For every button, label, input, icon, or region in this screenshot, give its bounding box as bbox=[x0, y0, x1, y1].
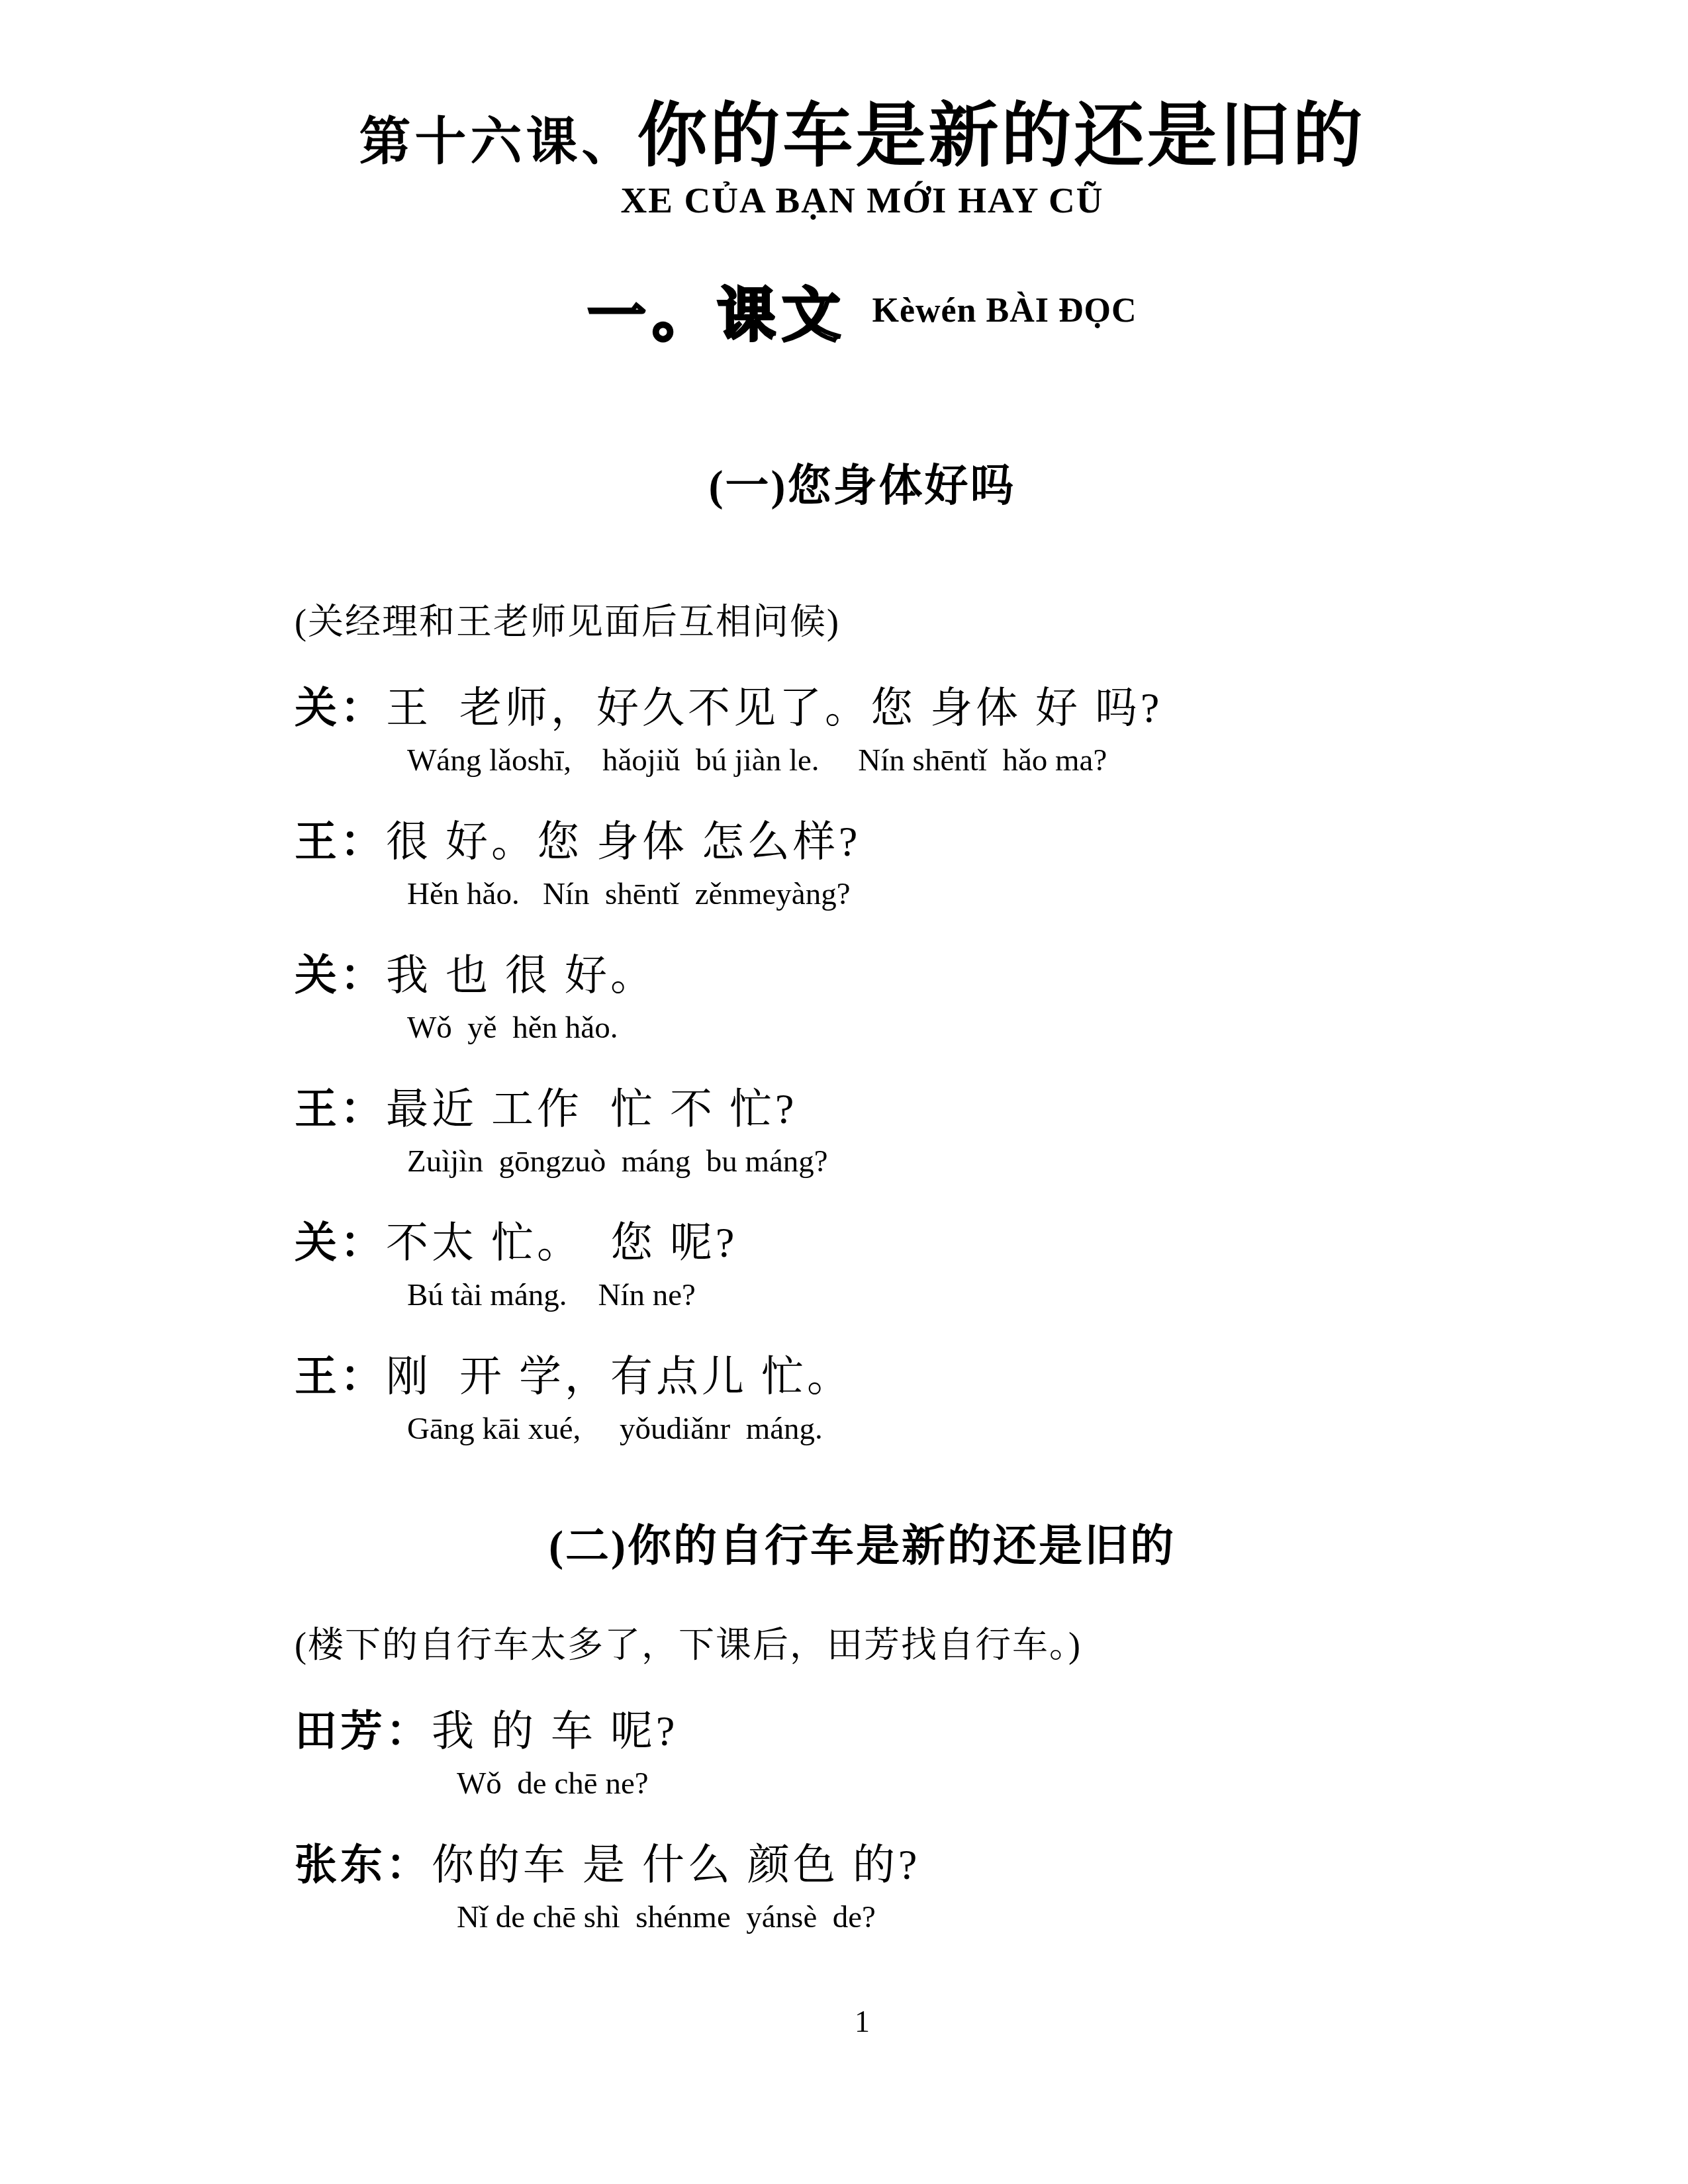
dialogue-entry: 王：很 好。您 身体 怎么样? Hěn hǎo. Nín shēntǐ zěnm… bbox=[295, 815, 1430, 912]
speaker-label: 王： bbox=[295, 818, 386, 865]
pinyin-line: Wǒ de chē ne? bbox=[295, 1766, 1430, 1801]
chinese-text: 最近 工作 忙 不 忙? bbox=[386, 1085, 797, 1132]
part2-intro: (楼下的自行车太多了，下课后，田芳找自行车。) bbox=[295, 1617, 1430, 1668]
speaker-label: 王： bbox=[295, 1085, 386, 1132]
dialogue-entry: 张东：你的车 是 什么 颜色 的? Nǐ de chē shì shénme y… bbox=[295, 1839, 1430, 1935]
dialogue-chinese-line: 张东：你的车 是 什么 颜色 的? bbox=[295, 1839, 1430, 1891]
pinyin-line: Gāng kāi xué, yǒudiǎnr máng. bbox=[295, 1411, 1430, 1447]
dialogue-entry: 关：不太 忙。 您 呢? Bú tài máng. Nín ne? bbox=[295, 1216, 1430, 1313]
dialogue-entry: 王：刚 开 学，有点儿 忙。 Gāng kāi xué, yǒudiǎnr má… bbox=[295, 1350, 1430, 1447]
speaker-label: 王： bbox=[295, 1353, 386, 1400]
pinyin-line: Bú tài máng. Nín ne? bbox=[295, 1277, 1430, 1313]
lesson-title-vietnamese: XE CỦA BẠN MỚI HAY CŨ bbox=[295, 179, 1430, 221]
part1-intro: (关经理和王老师见面后互相问候) bbox=[295, 594, 1430, 645]
dialogue-chinese-line: 王：很 好。您 身体 怎么样? bbox=[295, 815, 1430, 868]
pinyin-line: Zuìjìn gōngzuò máng bu máng? bbox=[295, 1144, 1430, 1179]
speaker-label: 田芳： bbox=[295, 1707, 432, 1754]
dialogue-chinese-line: 王：最近 工作 忙 不 忙? bbox=[295, 1083, 1430, 1136]
lesson-number: 第十六课、 bbox=[359, 113, 637, 171]
dialogue-entry: 关：王 老师，好久不见了。您 身体 好 吗? Wáng lǎoshī, hǎoj… bbox=[295, 682, 1430, 778]
dialogue-entry: 田芳：我 的 车 呢? Wǒ de chē ne? bbox=[295, 1705, 1430, 1801]
dialogue-chinese-line: 关：王 老师，好久不见了。您 身体 好 吗? bbox=[295, 682, 1430, 735]
dialogue-chinese-line: 关：不太 忙。 您 呢? bbox=[295, 1216, 1430, 1269]
dialogue-entry: 关：我 也 很 好。 Wǒ yě hěn hǎo. bbox=[295, 949, 1430, 1046]
pinyin-line: Wǒ yě hěn hǎo. bbox=[295, 1010, 1430, 1046]
lesson-title-chinese: 你的车是新的还是旧的 bbox=[637, 97, 1366, 175]
speaker-label: 关： bbox=[295, 684, 386, 731]
part2-heading: (二)你的自行车是新的还是旧的 bbox=[295, 1510, 1430, 1573]
dialogue-entry: 王：最近 工作 忙 不 忙? Zuìjìn gōngzuò máng bu má… bbox=[295, 1083, 1430, 1179]
chinese-text: 我 的 车 呢? bbox=[432, 1707, 678, 1754]
page-number: 1 bbox=[295, 2004, 1430, 2039]
section-marker: 一。课文Kèwén BÀI ĐỌC bbox=[295, 269, 1430, 352]
chinese-text: 刚 开 学，有点儿 忙。 bbox=[386, 1353, 853, 1400]
section-marker-outline-text: 一。课文 bbox=[587, 284, 847, 348]
chinese-text: 不太 忙。 您 呢? bbox=[386, 1219, 737, 1266]
speaker-label: 张东： bbox=[295, 1841, 432, 1888]
chinese-text: 你的车 是 什么 颜色 的? bbox=[432, 1841, 920, 1888]
chinese-text: 很 好。您 身体 怎么样? bbox=[386, 818, 861, 865]
dialogue-chinese-line: 关：我 也 很 好。 bbox=[295, 949, 1430, 1002]
dialogue-chinese-line: 田芳：我 的 车 呢? bbox=[295, 1705, 1430, 1758]
dialogue-chinese-line: 王：刚 开 学，有点儿 忙。 bbox=[295, 1350, 1430, 1403]
section-marker-latin-text: Kèwén BÀI ĐỌC bbox=[872, 292, 1137, 330]
speaker-label: 关： bbox=[295, 952, 386, 999]
lesson-title: 第十六课、你的车是新的还是旧的 bbox=[295, 99, 1430, 173]
speaker-label: 关： bbox=[295, 1219, 386, 1266]
pinyin-line: Wáng lǎoshī, hǎojiǔ bú jiàn le. Nín shēn… bbox=[295, 743, 1430, 778]
textbook-page: 第十六课、你的车是新的还是旧的 XE CỦA BẠN MỚI HAY CŨ 一。… bbox=[0, 0, 1688, 2184]
pinyin-line: Hěn hǎo. Nín shēntǐ zěnmeyàng? bbox=[295, 876, 1430, 912]
part1-heading: (一)您身体好吗 bbox=[295, 450, 1430, 513]
chinese-text: 王 老师，好久不见了。您 身体 好 吗? bbox=[386, 684, 1162, 731]
chinese-text: 我 也 很 好。 bbox=[386, 952, 656, 999]
pinyin-line: Nǐ de chē shì shénme yánsè de? bbox=[295, 1899, 1430, 1935]
